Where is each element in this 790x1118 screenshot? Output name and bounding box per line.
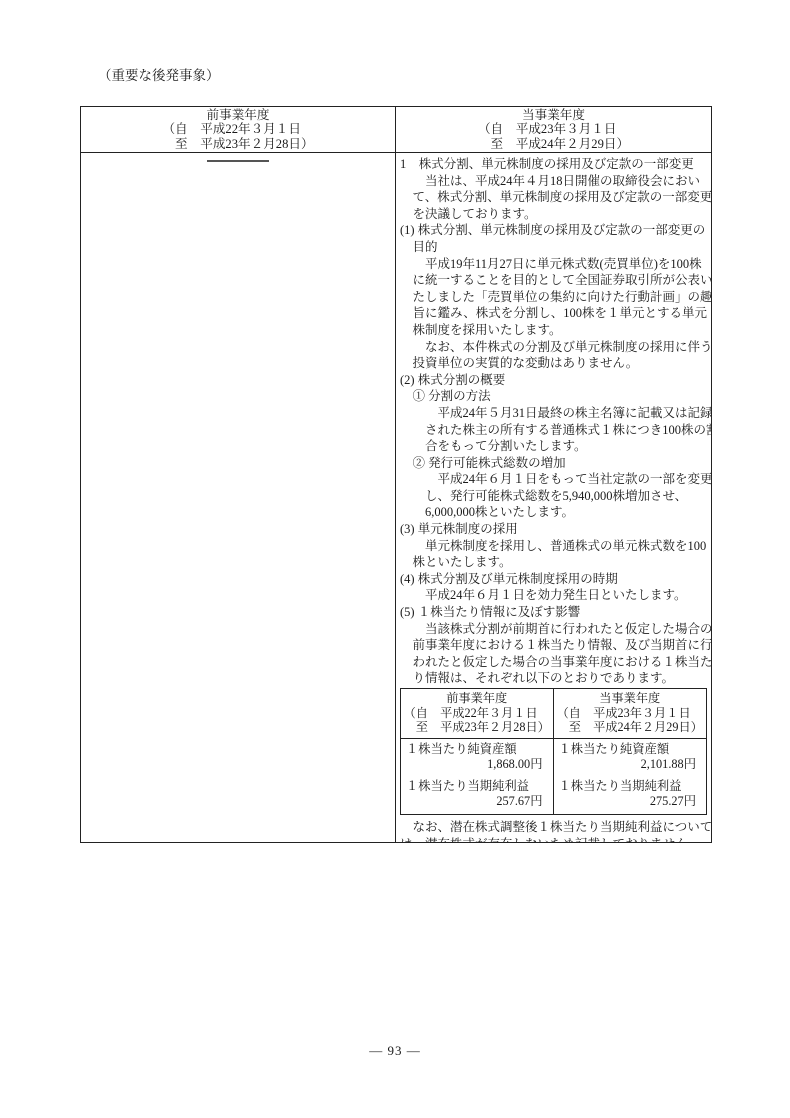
prev-year-header-block: 前事業年度 （自 平成22年３月１日 至 平成23年２月28日） (162, 108, 313, 152)
text-line: 単元株制度を採用し、普通株式の単元株式数を100 (400, 538, 708, 555)
table-body-row: 1 株式分割、単元株制度の採用及び定款の一部変更 当社は、平成24年４月18日開… (81, 153, 711, 842)
per-share-curr-to: 至 平成24年２月29日） (557, 720, 703, 735)
body-text-lines: 1 株式分割、単元株制度の採用及び定款の一部変更 当社は、平成24年４月18日開… (400, 156, 708, 687)
per-share-curr-header-block: 当事業年度 （自 平成23年３月１日 至 平成24年２月29日） (557, 691, 703, 735)
prev-year-title: 前事業年度 (162, 108, 313, 123)
curr-year-title: 当事業年度 (478, 108, 629, 123)
net-assets-per-share-curr: １株当たり純資産額 2,101.88円 (559, 742, 703, 772)
text-line: された株主の所有する普通株式１株につき100株の割 (400, 422, 708, 439)
per-share-curr-from: （自 平成23年３月１日 (557, 706, 703, 721)
per-share-prev-data-cell: １株当たり純資産額 1,868.00円 １株当たり当期純利益 257.67円 (401, 739, 554, 814)
text-line: 株といたします。 (400, 554, 708, 571)
text-line: ② 発行可能株式総数の増加 (400, 455, 708, 472)
text-line: 平成19年11月27日に単元株式数(売買単位)を100株 (400, 256, 708, 273)
net-income-label: １株当たり当期純利益 (559, 779, 703, 794)
text-line: 目的 (400, 239, 708, 256)
text-line: 株制度を採用いたします。 (400, 322, 708, 339)
per-share-data-row: １株当たり純資産額 1,868.00円 １株当たり当期純利益 257.67円 １… (401, 739, 706, 814)
document-page: （重要な後発事象） 前事業年度 （自 平成22年３月１日 至 平成23年２月28… (0, 0, 790, 1118)
text-line: (2) 株式分割の概要 (400, 372, 708, 389)
text-line: なお、本件株式の分割及び単元株制度の採用に伴う (400, 339, 708, 356)
note-line-1: なお、潜在株式調整後１株当たり当期純利益について (400, 819, 708, 836)
per-share-curr-header-cell: 当事業年度 （自 平成23年３月１日 至 平成24年２月29日） (554, 689, 707, 738)
text-line: われたと仮定した場合の当事業年度における１株当た (400, 654, 708, 671)
text-line: 平成24年６月１日を効力発生日といたします。 (400, 587, 708, 604)
text-line: に統一することを目的として全国証券取引所が公表い (400, 272, 708, 289)
diluted-eps-note: なお、潜在株式調整後１株当たり当期純利益について は、潜在株式が存在しないため記… (400, 819, 708, 842)
per-share-prev-title: 前事業年度 (404, 691, 550, 706)
section-title: （重要な後発事象） (98, 64, 220, 84)
text-line: (3) 単元株制度の採用 (400, 521, 708, 538)
text-line: 当該株式分割が前期首に行われたと仮定した場合の (400, 621, 708, 638)
text-line: ① 分割の方法 (400, 388, 708, 405)
curr-year-to: 至 平成24年２月29日） (478, 137, 629, 152)
prev-year-from: （自 平成22年３月１日 (162, 122, 313, 137)
net-income-per-share-curr: １株当たり当期純利益 275.27円 (559, 779, 703, 809)
net-assets-label: １株当たり純資産額 (406, 742, 549, 757)
text-line: を決議しております。 (400, 206, 708, 223)
text-line: し、発行可能株式総数を5,940,000株増加させ、 (400, 488, 708, 505)
note-line-2: は、潜在株式が存在しないため記載しておりません。 (400, 836, 708, 842)
text-line: たしました「売買単位の集約に向けた行動計画」の趣 (400, 289, 708, 306)
net-income-value-curr: 275.27円 (559, 794, 703, 809)
prev-year-header-cell: 前事業年度 （自 平成22年３月１日 至 平成23年２月28日） (81, 107, 396, 152)
net-income-value-prev: 257.67円 (406, 794, 549, 809)
no-items-dash (207, 160, 269, 162)
per-share-prev-from: （自 平成22年３月１日 (404, 706, 550, 721)
text-line: 6,000,000株といたします。 (400, 504, 708, 521)
text-line: 1 株式分割、単元株制度の採用及び定款の一部変更 (400, 156, 708, 173)
text-line: 投資単位の実質的な変動はありません。 (400, 355, 708, 372)
text-line: 前事業年度における１株当たり情報、及び当期首に行 (400, 637, 708, 654)
table-header-row: 前事業年度 （自 平成22年３月１日 至 平成23年２月28日） 当事業年度 （… (81, 107, 711, 153)
per-share-curr-data-cell: １株当たり純資産額 2,101.88円 １株当たり当期純利益 275.27円 (554, 739, 707, 814)
text-line: 平成24年６月１日をもって当社定款の一部を変更 (400, 471, 708, 488)
curr-year-header-cell: 当事業年度 （自 平成23年３月１日 至 平成24年２月29日） (396, 107, 711, 152)
text-line: て、株式分割、単元株制度の採用及び定款の一部変更 (400, 189, 708, 206)
text-line: 当社は、平成24年４月18日開催の取締役会におい (400, 173, 708, 190)
per-share-prev-to: 至 平成23年２月28日） (404, 720, 550, 735)
subsequent-events-table: 前事業年度 （自 平成22年３月１日 至 平成23年２月28日） 当事業年度 （… (80, 106, 712, 843)
curr-year-from: （自 平成23年３月１日 (478, 122, 629, 137)
text-line: 平成24年５月31日最終の株主名簿に記載又は記録 (400, 405, 708, 422)
text-line: 旨に鑑み、株式を分割し、100株を１単元とする単元 (400, 305, 708, 322)
prev-year-to: 至 平成23年２月28日） (162, 137, 313, 152)
net-assets-label: １株当たり純資産額 (559, 742, 703, 757)
per-share-curr-title: 当事業年度 (557, 691, 703, 706)
per-share-prev-header-cell: 前事業年度 （自 平成22年３月１日 至 平成23年２月28日） (401, 689, 554, 738)
curr-year-header-block: 当事業年度 （自 平成23年３月１日 至 平成24年２月29日） (478, 108, 629, 152)
text-line: (4) 株式分割及び単元株制度採用の時期 (400, 571, 708, 588)
text-line: (1) 株式分割、単元株制度の採用及び定款の一部変更の (400, 222, 708, 239)
page-number: ― 93 ― (0, 1043, 790, 1059)
net-income-per-share-prev: １株当たり当期純利益 257.67円 (406, 779, 549, 809)
per-share-prev-header-block: 前事業年度 （自 平成22年３月１日 至 平成23年２月28日） (404, 691, 550, 735)
per-share-header-row: 前事業年度 （自 平成22年３月１日 至 平成23年２月28日） 当事業年度 （… (401, 689, 706, 739)
curr-year-body-cell: 1 株式分割、単元株制度の採用及び定款の一部変更 当社は、平成24年４月18日開… (396, 153, 711, 842)
net-assets-value-curr: 2,101.88円 (559, 757, 703, 772)
net-income-label: １株当たり当期純利益 (406, 779, 549, 794)
text-line: (5) １株当たり情報に及ぼす影響 (400, 604, 708, 621)
prev-year-body-cell (81, 153, 396, 842)
net-assets-value-prev: 1,868.00円 (406, 757, 549, 772)
text-line: 合をもって分割いたします。 (400, 438, 708, 455)
net-assets-per-share-prev: １株当たり純資産額 1,868.00円 (406, 742, 549, 772)
text-line: り情報は、それぞれ以下のとおりであります。 (400, 670, 708, 687)
per-share-info-table: 前事業年度 （自 平成22年３月１日 至 平成23年２月28日） 当事業年度 （… (400, 688, 707, 815)
